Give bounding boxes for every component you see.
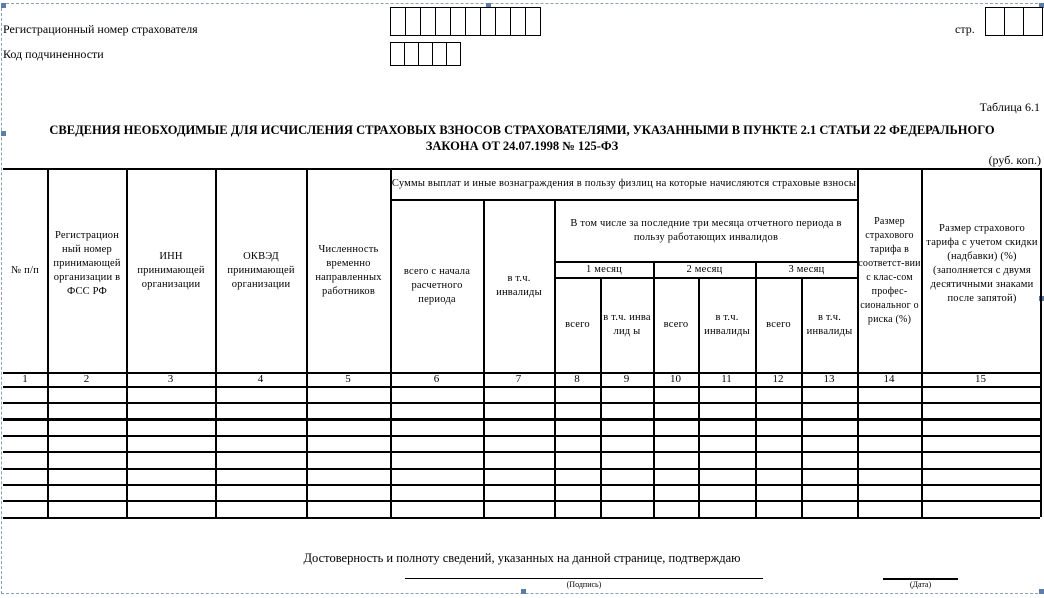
table-cell[interactable] xyxy=(757,486,801,500)
column-number: 2 xyxy=(47,372,126,386)
table-cell[interactable] xyxy=(485,502,554,517)
table-cell[interactable] xyxy=(655,420,698,435)
table-cell[interactable] xyxy=(49,388,126,402)
digit-box[interactable] xyxy=(496,8,511,35)
table-cell[interactable] xyxy=(556,404,600,418)
table-cell[interactable] xyxy=(757,502,801,517)
table-cell[interactable] xyxy=(392,502,483,517)
header-group-payments: Суммы выплат и иные вознаграждения в пол… xyxy=(391,169,857,199)
resize-handle[interactable] xyxy=(521,589,526,594)
table-cell[interactable] xyxy=(602,404,653,418)
table-cell[interactable] xyxy=(757,470,801,484)
date-caption: (Дата) xyxy=(883,580,958,589)
table-cell[interactable] xyxy=(602,502,653,517)
page-title: СВЕДЕНИЯ НЕОБХОДИМЫЕ ДЛЯ ИСЧИСЛЕНИЯ СТРА… xyxy=(0,122,1044,154)
table-cell[interactable] xyxy=(655,470,698,484)
table-cell[interactable] xyxy=(217,437,306,451)
table-cell[interactable] xyxy=(392,388,483,402)
digit-box[interactable] xyxy=(391,8,406,35)
digit-box[interactable] xyxy=(421,8,436,35)
table-cell[interactable] xyxy=(556,486,600,500)
table-cell[interactable] xyxy=(859,437,921,451)
table-cell[interactable] xyxy=(485,420,554,435)
table-cell[interactable] xyxy=(308,486,390,500)
table-cell[interactable] xyxy=(556,470,600,484)
table-cell[interactable] xyxy=(923,502,1040,517)
table-cell[interactable] xyxy=(308,437,390,451)
table-cell[interactable] xyxy=(49,453,126,468)
column-number: 1 xyxy=(3,372,47,386)
header-col-11: в т.ч. инвалиды xyxy=(699,278,755,372)
digit-box[interactable] xyxy=(391,43,405,65)
table-cell[interactable] xyxy=(602,437,653,451)
digit-box[interactable] xyxy=(405,43,419,65)
table-cell[interactable] xyxy=(485,486,554,500)
header-col-13: в т.ч. инвалиды xyxy=(802,278,857,372)
table-cell[interactable] xyxy=(217,420,306,435)
header-col-5: Численность временно направленных работн… xyxy=(307,169,390,372)
column-number: 10 xyxy=(653,372,698,386)
table-cell[interactable] xyxy=(49,404,126,418)
header-col-4: ОКВЭД принимающей организации xyxy=(216,169,306,372)
digit-box[interactable] xyxy=(447,43,460,65)
digit-box[interactable] xyxy=(481,8,496,35)
table-cell[interactable] xyxy=(556,437,600,451)
page-label: стр. xyxy=(955,22,975,37)
table-cell[interactable] xyxy=(602,420,653,435)
header-month-3: 3 месяц xyxy=(756,262,857,277)
table-cell[interactable] xyxy=(5,404,47,418)
digit-box[interactable] xyxy=(436,8,451,35)
column-number: 7 xyxy=(483,372,554,386)
digit-box[interactable] xyxy=(466,8,481,35)
table-cell[interactable] xyxy=(128,453,215,468)
table-cell[interactable] xyxy=(700,404,755,418)
column-number: 15 xyxy=(921,372,1040,386)
table-cell[interactable] xyxy=(923,453,1040,468)
header-col-10: всего xyxy=(654,278,698,372)
table-cell[interactable] xyxy=(217,470,306,484)
table-cell[interactable] xyxy=(217,388,306,402)
column-number: 11 xyxy=(698,372,755,386)
header-col-1: № п/п xyxy=(3,169,47,372)
header-col-2: Регистрацион ный номер принимающей орган… xyxy=(48,169,126,359)
table-cell[interactable] xyxy=(602,453,653,468)
table-cell[interactable] xyxy=(757,437,801,451)
grid-line xyxy=(3,517,1040,519)
subordination-code-input[interactable] xyxy=(390,42,461,66)
table-cell[interactable] xyxy=(49,420,126,435)
table-cell[interactable] xyxy=(859,420,921,435)
table-cell[interactable] xyxy=(757,388,801,402)
table-cell[interactable] xyxy=(923,388,1040,402)
table-cell[interactable] xyxy=(392,486,483,500)
table-cell[interactable] xyxy=(803,502,857,517)
reg-number-input[interactable] xyxy=(390,7,541,36)
table-cell[interactable] xyxy=(923,486,1040,500)
table-cell[interactable] xyxy=(602,470,653,484)
header-month-1: 1 месяц xyxy=(555,262,653,277)
signature-caption: (Подпись) xyxy=(405,580,763,589)
table-cell[interactable] xyxy=(859,486,921,500)
header-col-14: Размер страхового тарифа в соответст-вии… xyxy=(858,169,921,372)
table-cell[interactable] xyxy=(556,420,600,435)
table-cell[interactable] xyxy=(217,404,306,418)
table-cell[interactable] xyxy=(655,486,698,500)
table-cell[interactable] xyxy=(392,470,483,484)
header-col-15: Размер страхового тарифа с учетом скидки… xyxy=(924,169,1040,359)
table-cell[interactable] xyxy=(757,404,801,418)
units-label: (руб. коп.) xyxy=(989,153,1041,168)
table-cell[interactable] xyxy=(5,420,47,435)
table-cell[interactable] xyxy=(128,404,215,418)
column-number: 8 xyxy=(554,372,600,386)
table-cell[interactable] xyxy=(308,502,390,517)
table-cell[interactable] xyxy=(655,388,698,402)
digit-box[interactable] xyxy=(1024,8,1042,35)
column-number: 13 xyxy=(801,372,857,386)
column-number: 9 xyxy=(600,372,653,386)
table-cell[interactable] xyxy=(803,486,857,500)
table-cell[interactable] xyxy=(217,486,306,500)
page-number-input[interactable] xyxy=(985,7,1043,36)
table-cell[interactable] xyxy=(49,502,126,517)
table-cell[interactable] xyxy=(392,437,483,451)
resize-handle[interactable] xyxy=(1,3,6,8)
table-cell[interactable] xyxy=(556,388,600,402)
table-cell[interactable] xyxy=(923,420,1040,435)
table-cell[interactable] xyxy=(5,486,47,500)
table-cell[interactable] xyxy=(859,404,921,418)
table-cell[interactable] xyxy=(392,453,483,468)
header-col-8: всего xyxy=(555,278,600,372)
table-cell[interactable] xyxy=(128,437,215,451)
table-cell[interactable] xyxy=(859,453,921,468)
table-cell[interactable] xyxy=(859,470,921,484)
table-cell[interactable] xyxy=(128,470,215,484)
table-cell[interactable] xyxy=(602,486,653,500)
table-cell[interactable] xyxy=(49,470,126,484)
digit-box[interactable] xyxy=(406,8,421,35)
header-col-7: в т.ч. инвалиды xyxy=(488,240,550,332)
digit-box[interactable] xyxy=(986,8,1005,35)
digit-box[interactable] xyxy=(419,43,433,65)
table-cell[interactable] xyxy=(308,388,390,402)
reg-number-label: Регистрационный номер страхователя xyxy=(3,22,198,37)
grid-line xyxy=(1040,168,1042,517)
digit-box[interactable] xyxy=(511,8,526,35)
table-number: Таблица 6.1 xyxy=(980,100,1040,115)
table-cell[interactable] xyxy=(128,486,215,500)
table-cell[interactable] xyxy=(655,502,698,517)
digit-box[interactable] xyxy=(451,8,466,35)
resize-handle[interactable] xyxy=(1039,589,1044,594)
table-cell[interactable] xyxy=(700,486,755,500)
table-cell[interactable] xyxy=(485,404,554,418)
header-col-12: всего xyxy=(756,278,801,372)
table-cell[interactable] xyxy=(308,404,390,418)
digit-box[interactable] xyxy=(1005,8,1024,35)
table-cell[interactable] xyxy=(392,420,483,435)
table-cell[interactable] xyxy=(655,453,698,468)
table-cell[interactable] xyxy=(803,453,857,468)
table-cell[interactable] xyxy=(5,388,47,402)
table-cell[interactable] xyxy=(5,437,47,451)
column-number: 14 xyxy=(857,372,921,386)
column-number: 12 xyxy=(755,372,801,386)
table-cell[interactable] xyxy=(655,437,698,451)
table-cell[interactable] xyxy=(700,420,755,435)
signature-line[interactable] xyxy=(405,578,763,579)
table-cell[interactable] xyxy=(757,453,801,468)
table-cell[interactable] xyxy=(700,388,755,402)
header-col-3: ИНН принимающей организации xyxy=(127,169,215,372)
table-cell[interactable] xyxy=(392,404,483,418)
table-cell[interactable] xyxy=(923,470,1040,484)
table-cell[interactable] xyxy=(308,453,390,468)
table-cell[interactable] xyxy=(556,502,600,517)
table-cell[interactable] xyxy=(803,437,857,451)
table-cell[interactable] xyxy=(757,420,801,435)
table-cell[interactable] xyxy=(700,502,755,517)
column-number: 6 xyxy=(390,372,483,386)
table-cell[interactable] xyxy=(49,486,126,500)
table-cell[interactable] xyxy=(700,470,755,484)
table-cell[interactable] xyxy=(655,404,698,418)
table-cell[interactable] xyxy=(700,437,755,451)
table-cell[interactable] xyxy=(128,502,215,517)
confirmation-text: Достоверность и полноту сведений, указан… xyxy=(0,551,1044,566)
header-month-2: 2 месяц xyxy=(654,262,755,277)
digit-box[interactable] xyxy=(433,43,447,65)
column-number: 3 xyxy=(126,372,215,386)
table-cell[interactable] xyxy=(556,453,600,468)
table-cell[interactable] xyxy=(803,404,857,418)
table-cell[interactable] xyxy=(923,404,1040,418)
table-cell[interactable] xyxy=(5,470,47,484)
table-cell[interactable] xyxy=(923,437,1040,451)
table-cell[interactable] xyxy=(485,453,554,468)
title-line-1: СВЕДЕНИЯ НЕОБХОДИМЫЕ ДЛЯ ИСЧИСЛЕНИЯ СТРА… xyxy=(0,122,1044,138)
table-cell[interactable] xyxy=(308,470,390,484)
table-cell[interactable] xyxy=(485,388,554,402)
column-number: 4 xyxy=(215,372,306,386)
table-cell[interactable] xyxy=(49,437,126,451)
table-cell[interactable] xyxy=(859,388,921,402)
column-number: 5 xyxy=(306,372,390,386)
header-col-9: в т.ч. инвалид ы xyxy=(603,278,651,372)
table-cell[interactable] xyxy=(700,453,755,468)
table-cell[interactable] xyxy=(217,502,306,517)
title-line-2: ЗАКОНА ОТ 24.07.1998 № 125-ФЗ xyxy=(0,138,1044,154)
table-cell[interactable] xyxy=(128,388,215,402)
table-cell[interactable] xyxy=(485,470,554,484)
table-cell[interactable] xyxy=(128,420,215,435)
table-cell[interactable] xyxy=(803,420,857,435)
table-cell[interactable] xyxy=(803,470,857,484)
table-cell[interactable] xyxy=(485,437,554,451)
table-cell[interactable] xyxy=(5,453,47,468)
table-cell[interactable] xyxy=(5,502,47,517)
header-col-6: всего с начала расчетного периода xyxy=(396,240,478,332)
table-cell[interactable] xyxy=(217,453,306,468)
table-cell[interactable] xyxy=(602,388,653,402)
header-group-last3: В том числе за последние три месяца отче… xyxy=(555,200,857,261)
subordination-code-label: Код подчиненности xyxy=(3,47,104,62)
digit-box[interactable] xyxy=(526,8,540,35)
table-cell[interactable] xyxy=(308,420,390,435)
table-cell[interactable] xyxy=(859,502,921,517)
table-cell[interactable] xyxy=(803,388,857,402)
